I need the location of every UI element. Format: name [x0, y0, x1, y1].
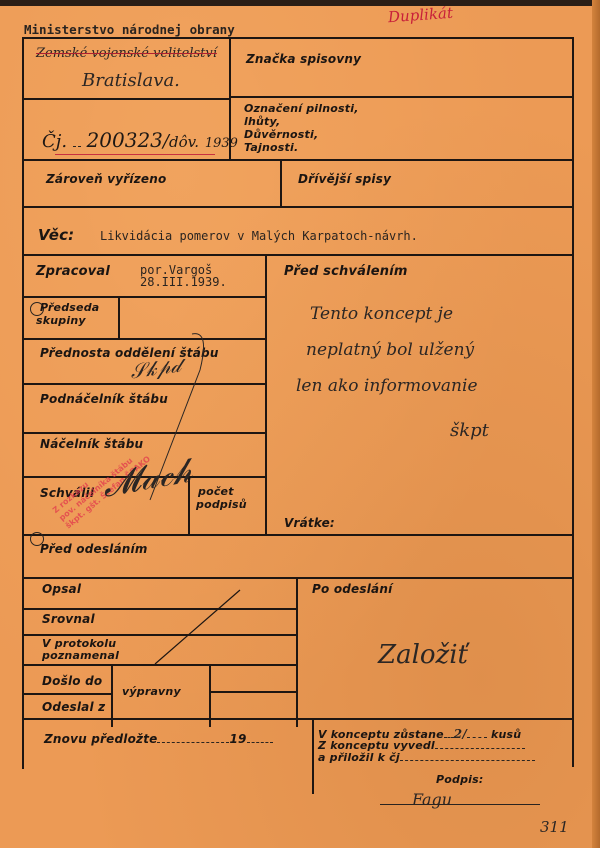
- divider: [296, 577, 298, 727]
- divider: [22, 577, 574, 579]
- divider: [22, 296, 266, 298]
- label-doslo-do: Došlo do: [42, 674, 102, 688]
- divider: [22, 718, 574, 720]
- signature-podpis: Fagu: [412, 790, 452, 809]
- divider: [22, 159, 574, 161]
- label-pred-schvalenim: Před schválením: [284, 264, 408, 279]
- struck-office-name: Zemské vojenské velitelství: [36, 46, 217, 61]
- divider: [22, 534, 574, 536]
- label-vec: Věc:: [38, 226, 74, 244]
- prepared-date: 28.III.1939.: [140, 276, 227, 289]
- label-oznaceni-4: Tajnosti.: [244, 142, 298, 154]
- office-city: Bratislava.: [82, 70, 180, 91]
- frame-top: [22, 37, 574, 39]
- red-underline: [55, 154, 215, 155]
- frame-right: [572, 37, 574, 767]
- subject-text: Likvidácia pomerov v Malých Karpatoch-ná…: [100, 229, 418, 243]
- reference-number: Čj. 200323/dôv. 1939: [42, 128, 238, 152]
- divider: [280, 159, 282, 207]
- ref-year-prefix: 19: [205, 136, 222, 151]
- label-predseda-skupiny-1: Předseda: [40, 302, 99, 314]
- concept-line1-value: 2/: [454, 727, 467, 741]
- label-vypravny: výpravny: [122, 686, 181, 698]
- page-top-edge: [0, 0, 600, 6]
- frame-left: [22, 37, 24, 769]
- ref-suffix: dôv.: [169, 133, 199, 151]
- note-line-2: neplatný bol ulžený: [306, 340, 474, 360]
- resubmit-year-field: [247, 742, 273, 743]
- resubmit-year-prefix: 19: [229, 732, 246, 746]
- note-signature: škpt: [450, 420, 489, 441]
- note-line-3: len ako informovanie: [296, 376, 478, 396]
- divider: [209, 691, 297, 693]
- divider: [22, 206, 574, 208]
- note-zalozit: Založiť: [378, 640, 468, 670]
- ref-number: 200323: [87, 128, 163, 152]
- label-oznaceni-1: Označení pilnosti,: [244, 103, 359, 115]
- label-pred-odeslanim: Před odesláním: [40, 542, 148, 556]
- ref-prefix: Čj.: [42, 131, 67, 152]
- divider: [312, 718, 314, 794]
- label-oznaceni-3: Důvěrnosti,: [244, 129, 318, 141]
- signature-line: [380, 804, 540, 805]
- label-znacka-spisovny: Značka spisovny: [246, 52, 361, 66]
- label-odeslal-z: Odeslal z: [42, 700, 105, 714]
- label-podpis: Podpis:: [436, 774, 483, 786]
- signature-stroke: [130, 330, 230, 510]
- label-znovu-predlozte: Znovu předložte19: [44, 732, 273, 746]
- label-zpracoval: Zpracoval: [36, 264, 110, 279]
- label-drivejsi-spisy: Dřívější spisy: [298, 172, 391, 186]
- label-oznaceni-2: lhůty,: [244, 116, 280, 128]
- label-zaroven-vyrizeno: Zároveň vyřízeno: [46, 172, 166, 186]
- divider: [22, 254, 574, 256]
- note-line-1: Tento koncept je: [310, 304, 453, 324]
- label-v-protokolu: V protokolupoznamenal: [42, 638, 119, 662]
- label-vratke: Vrátke:: [284, 516, 335, 530]
- concept-line-3: a přiložil k čj: [318, 752, 535, 764]
- page-number: 311: [540, 818, 569, 836]
- page-right-edge: [592, 0, 600, 848]
- divider: [118, 296, 120, 338]
- label-predseda-skupiny-2: skupiny: [36, 315, 86, 327]
- label-opsal: Opsal: [42, 582, 81, 596]
- label-srovnal: Srovnal: [42, 612, 95, 626]
- ref-year: 39: [221, 136, 238, 151]
- concept-line3-label: a přiložil k čj: [318, 751, 400, 764]
- ministry-heading: Ministerstvo národnej obrany: [24, 22, 235, 37]
- divider: [22, 693, 112, 695]
- resubmit-day-field: [157, 742, 229, 743]
- strike-stroke: [150, 588, 250, 668]
- divider: [229, 96, 574, 98]
- label-po-odeslani: Po odeslání: [312, 582, 392, 596]
- resubmit-label: Znovu předložte: [44, 732, 157, 746]
- divider: [22, 98, 229, 100]
